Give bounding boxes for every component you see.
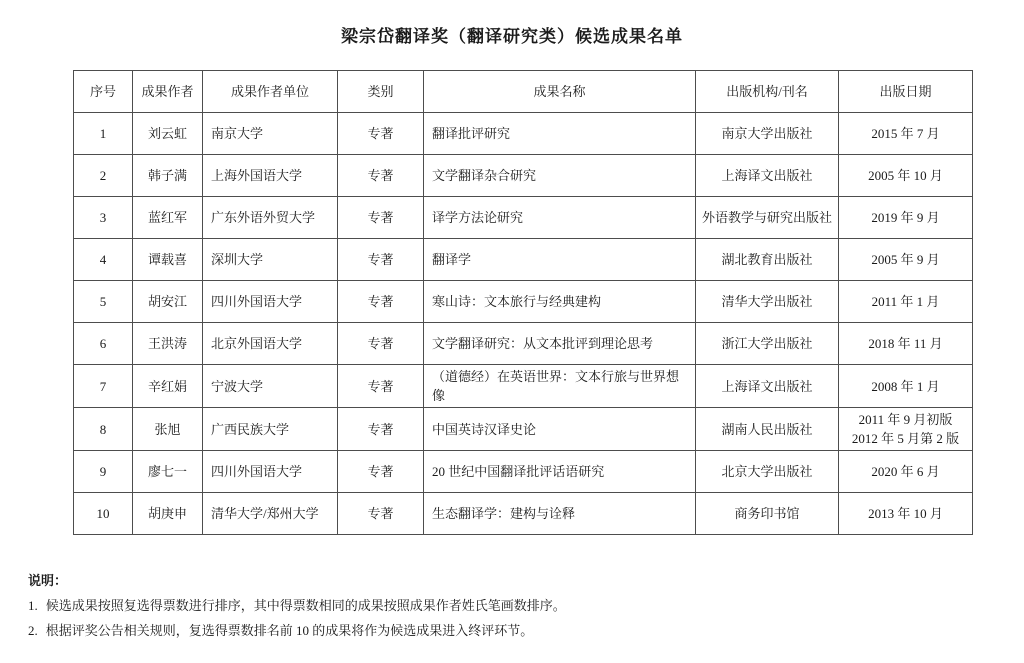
table-row: 7辛红娟宁波大学专著（道德经）在英语世界：文本行旅与世界想像上海译文出版社200… xyxy=(74,365,973,408)
cell-work-title: 译学方法论研究 xyxy=(424,197,696,239)
cell-seq: 1 xyxy=(74,113,133,155)
note-item: 1. 候选成果按照复选得票数进行排序，其中得票数相同的成果按照成果作者姓氏笔画数… xyxy=(28,597,988,614)
note-number: 2. xyxy=(28,622,38,639)
header-cell-date: 出版日期 xyxy=(839,71,973,113)
cell-publisher: 湖南人民出版社 xyxy=(696,408,839,451)
table-row: 9廖七一四川外国语大学专著20 世纪中国翻译批评话语研究北京大学出版社2020 … xyxy=(74,451,973,493)
cell-category: 专著 xyxy=(338,155,424,197)
cell-unit: 北京外国语大学 xyxy=(203,323,338,365)
cell-unit: 上海外国语大学 xyxy=(203,155,338,197)
notes-label: 说明： xyxy=(28,572,988,589)
cell-unit: 宁波大学 xyxy=(203,365,338,408)
cell-seq: 2 xyxy=(74,155,133,197)
cell-author: 蓝红军 xyxy=(133,197,203,239)
cell-work-title: 20 世纪中国翻译批评话语研究 xyxy=(424,451,696,493)
cell-author: 王洪涛 xyxy=(133,323,203,365)
table-row: 6王洪涛北京外国语大学专著文学翻译研究：从文本批评到理论思考浙江大学出版社201… xyxy=(74,323,973,365)
cell-author: 廖七一 xyxy=(133,451,203,493)
note-text: 根据评奖公告相关规则，复选得票数排名前 10 的成果将作为候选成果进入终评环节。 xyxy=(46,622,988,639)
table-row: 3蓝红军广东外语外贸大学专著译学方法论研究外语教学与研究出版社2019 年 9 … xyxy=(74,197,973,239)
cell-work-title: 中国英诗汉译史论 xyxy=(424,408,696,451)
table-row: 4谭载喜深圳大学专著翻译学湖北教育出版社2005 年 9 月 xyxy=(74,239,973,281)
cell-work-title: 文学翻译杂合研究 xyxy=(424,155,696,197)
header-cell-publisher: 出版机构/刊名 xyxy=(696,71,839,113)
table-row: 8张旭广西民族大学专著中国英诗汉译史论湖南人民出版社2011 年 9 月初版 2… xyxy=(74,408,973,451)
cell-seq: 4 xyxy=(74,239,133,281)
cell-publisher: 外语教学与研究出版社 xyxy=(696,197,839,239)
cell-seq: 7 xyxy=(74,365,133,408)
cell-work-title: （道德经）在英语世界：文本行旅与世界想像 xyxy=(424,365,696,408)
cell-publisher: 上海译文出版社 xyxy=(696,365,839,408)
cell-date: 2008 年 1 月 xyxy=(839,365,973,408)
cell-author: 胡安江 xyxy=(133,281,203,323)
cell-author: 辛红娟 xyxy=(133,365,203,408)
table-row: 1刘云虹南京大学专著翻译批评研究南京大学出版社2015 年 7 月 xyxy=(74,113,973,155)
cell-date: 2005 年 10 月 xyxy=(839,155,973,197)
cell-publisher: 浙江大学出版社 xyxy=(696,323,839,365)
cell-publisher: 清华大学出版社 xyxy=(696,281,839,323)
note-text: 候选成果按照复选得票数进行排序，其中得票数相同的成果按照成果作者姓氏笔画数排序。 xyxy=(46,597,988,614)
cell-author: 张旭 xyxy=(133,408,203,451)
cell-category: 专著 xyxy=(338,323,424,365)
header-cell-category: 类别 xyxy=(338,71,424,113)
cell-unit: 四川外国语大学 xyxy=(203,451,338,493)
results-table: 序号 成果作者 成果作者单位 类别 成果名称 出版机构/刊名 出版日期 1刘云虹… xyxy=(73,70,973,535)
header-cell-seq: 序号 xyxy=(74,71,133,113)
cell-category: 专著 xyxy=(338,365,424,408)
cell-date: 2020 年 6 月 xyxy=(839,451,973,493)
cell-seq: 10 xyxy=(74,493,133,535)
cell-work-title: 文学翻译研究：从文本批评到理论思考 xyxy=(424,323,696,365)
cell-unit: 南京大学 xyxy=(203,113,338,155)
cell-publisher: 商务印书馆 xyxy=(696,493,839,535)
cell-category: 专著 xyxy=(338,408,424,451)
cell-seq: 6 xyxy=(74,323,133,365)
document-page: 梁宗岱翻译奖（翻译研究类）候选成果名单 序号 成果作者 成果作者单位 类别 成果… xyxy=(0,0,1024,663)
table-header-row: 序号 成果作者 成果作者单位 类别 成果名称 出版机构/刊名 出版日期 xyxy=(74,71,973,113)
note-number: 1. xyxy=(28,597,38,614)
cell-unit: 广东外语外贸大学 xyxy=(203,197,338,239)
cell-date: 2011 年 9 月初版 2012 年 5 月第 2 版 xyxy=(839,408,973,451)
cell-publisher: 上海译文出版社 xyxy=(696,155,839,197)
header-cell-unit: 成果作者单位 xyxy=(203,71,338,113)
cell-category: 专著 xyxy=(338,197,424,239)
cell-category: 专著 xyxy=(338,281,424,323)
cell-author: 谭载喜 xyxy=(133,239,203,281)
cell-seq: 5 xyxy=(74,281,133,323)
cell-unit: 四川外国语大学 xyxy=(203,281,338,323)
cell-publisher: 北京大学出版社 xyxy=(696,451,839,493)
cell-author: 胡庚申 xyxy=(133,493,203,535)
notes-section: 说明： 1. 候选成果按照复选得票数进行排序，其中得票数相同的成果按照成果作者姓… xyxy=(28,572,988,639)
note-item: 2. 根据评奖公告相关规则，复选得票数排名前 10 的成果将作为候选成果进入终评… xyxy=(28,622,988,639)
cell-work-title: 生态翻译学：建构与诠释 xyxy=(424,493,696,535)
cell-date: 2013 年 10 月 xyxy=(839,493,973,535)
cell-category: 专著 xyxy=(338,113,424,155)
table-row: 10胡庚申清华大学/郑州大学专著生态翻译学：建构与诠释商务印书馆2013 年 1… xyxy=(74,493,973,535)
cell-work-title: 翻译学 xyxy=(424,239,696,281)
cell-author: 韩子满 xyxy=(133,155,203,197)
cell-seq: 8 xyxy=(74,408,133,451)
header-cell-author: 成果作者 xyxy=(133,71,203,113)
cell-category: 专著 xyxy=(338,451,424,493)
cell-category: 专著 xyxy=(338,493,424,535)
table-row: 5胡安江四川外国语大学专著寒山诗：文本旅行与经典建构清华大学出版社2011 年 … xyxy=(74,281,973,323)
cell-publisher: 南京大学出版社 xyxy=(696,113,839,155)
cell-publisher: 湖北教育出版社 xyxy=(696,239,839,281)
cell-work-title: 翻译批评研究 xyxy=(424,113,696,155)
cell-work-title: 寒山诗：文本旅行与经典建构 xyxy=(424,281,696,323)
page-title: 梁宗岱翻译奖（翻译研究类）候选成果名单 xyxy=(0,22,1024,47)
table-body: 1刘云虹南京大学专著翻译批评研究南京大学出版社2015 年 7 月2韩子满上海外… xyxy=(74,113,973,535)
cell-unit: 深圳大学 xyxy=(203,239,338,281)
cell-date: 2015 年 7 月 xyxy=(839,113,973,155)
cell-unit: 广西民族大学 xyxy=(203,408,338,451)
header-cell-work-title: 成果名称 xyxy=(424,71,696,113)
cell-author: 刘云虹 xyxy=(133,113,203,155)
table-row: 2韩子满上海外国语大学专著文学翻译杂合研究上海译文出版社2005 年 10 月 xyxy=(74,155,973,197)
cell-date: 2005 年 9 月 xyxy=(839,239,973,281)
cell-unit: 清华大学/郑州大学 xyxy=(203,493,338,535)
cell-date: 2019 年 9 月 xyxy=(839,197,973,239)
cell-date: 2018 年 11 月 xyxy=(839,323,973,365)
cell-date: 2011 年 1 月 xyxy=(839,281,973,323)
cell-category: 专著 xyxy=(338,239,424,281)
cell-seq: 9 xyxy=(74,451,133,493)
cell-seq: 3 xyxy=(74,197,133,239)
